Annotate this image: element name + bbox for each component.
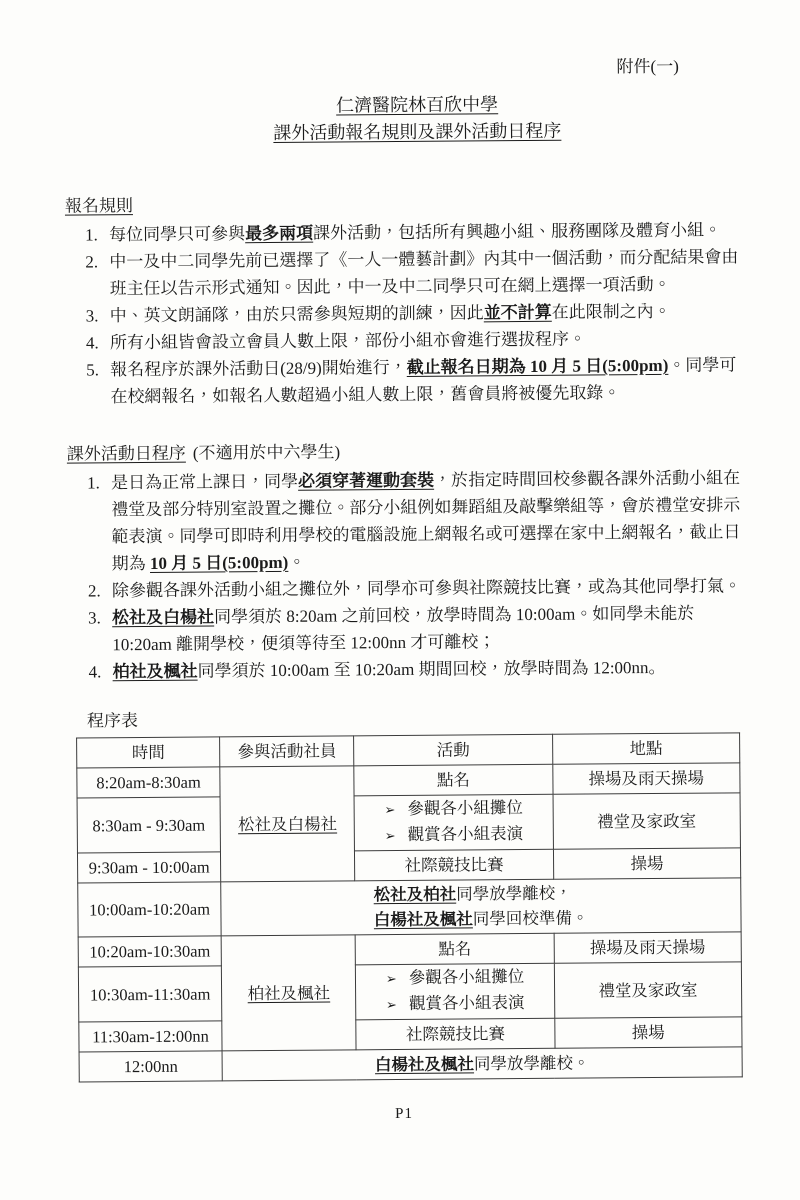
time-cell: 11:30am-12:00nn [79,1021,222,1052]
transition-note: 松社及柏社同學放學離校， 白楊社及楓社同學回校準備。 [374,881,589,933]
bullet-text: 觀賞各小組表演 [409,993,525,1013]
col-header-time: 時間 [77,737,220,768]
bullet-text: 參觀各小組攤位 [409,967,525,987]
page-number: P1 [4,1103,800,1126]
col-header-venue: 地點 [552,733,740,764]
table-row: 8:30am - 9:30am ➢參觀各小組攤位 ➢觀賞各小組表演 禮堂及家政室 [77,793,740,853]
rules-heading: 報名規則 [65,196,133,216]
item-number: 1. [85,221,109,248]
item-number: 1. [87,469,112,577]
item-text: 松社及白楊社同學須於 8:20am 之前回校，放學時間為 10:00am。如同學… [112,599,744,658]
item-text: 中一及中二同學先前已選擇了《一人一體藝計劃》內其中一個活動，而分配結果會由班主任… [109,243,741,302]
bullet-text: 觀賞各小組表演 [408,824,524,844]
activity-cell: 社際競技比賽 [355,849,554,881]
time-cell: 8:20am-8:30am [77,767,220,798]
schedule-table: 時間 參與活動社員 活動 地點 8:20am-8:30am 松社及白楊社 點名 … [76,732,743,1082]
participants-cell: 柏社及楓社 [221,935,356,1051]
activity-bullet-line: ➢觀賞各小組表演 [358,991,551,1019]
venue-cell: 操場 [553,848,741,879]
time-cell: 10:00am-10:20am [78,882,222,937]
activity-heading: 課外活動日程序 [67,444,186,464]
activity-list: 1. 是日為正常上課日，同學必須穿著運動套裝，於指定時間回校參觀各課外活動小組在… [87,464,745,685]
item-number: 4. [86,329,110,356]
title-block: 仁濟醫院林百欣中學 課外活動報名規則及課外活動日程序 [0,89,796,149]
arrowhead-bullet-icon: ➢ [384,803,395,818]
activity-heading-row: 課外活動日程序(不適用於中六學生) [67,435,743,467]
venue-cell: 禮堂及家政室 [554,962,742,1018]
table-row: 10:00am-10:20am 松社及柏社同學放學離校， 白楊社及楓社同學回校準… [78,878,741,937]
venue-cell: 禮堂及家政室 [553,793,741,849]
rules-heading-row: 報名規則 [65,187,741,219]
participants-cell: 松社及白楊社 [220,766,355,882]
item-number: 3. [86,302,110,329]
note-line: 白楊社及楓社同學回校準備。 [374,906,589,933]
bullet-text: 參觀各小組攤位 [407,798,523,818]
activity-bullet-line: ➢參觀各小組攤位 [358,965,551,993]
note-line: 松社及柏社同學放學離校， [374,881,589,908]
rules-section: 報名規則 1. 每位同學只可參與最多兩項課外活動，包括所有興趣小組、服務團隊及體… [65,187,743,410]
dismissal-note-cell: 白楊社及楓社同學放學離校。 [222,1047,742,1081]
activity-day-section: 課外活動日程序(不適用於中六學生) 1. 是日為正常上課日，同學必須穿著運動套裝… [67,435,748,1082]
activity-cell: 點名 [354,764,553,796]
col-header-participants: 參與活動社員 [220,736,354,767]
activity-heading-suffix: (不適用於中六學生) [193,442,340,462]
scanned-sheet: 附件(一) 仁濟醫院林百欣中學 課外活動報名規則及課外活動日程序 報名規則 1.… [0,0,800,1126]
activity-item-1: 1. 是日為正常上課日，同學必須穿著運動套裝，於指定時間回校參觀各課外活動小組在… [87,464,744,577]
col-header-activity: 活動 [354,734,553,766]
time-cell: 8:30am - 9:30am [77,797,221,853]
time-cell: 9:30am - 10:00am [77,852,220,883]
activity-cell: ➢參觀各小組攤位 ➢觀賞各小組表演 [354,794,553,851]
activity-item-3: 3. 松社及白楊社同學須於 8:20am 之前回校，放學時間為 10:00am。… [88,599,744,658]
item-text: 報名程序於課外活動日(28/9)開始進行，截止報名日期為 10 月 5 日(5:… [110,351,742,410]
time-cell: 12:00nn [79,1051,222,1082]
time-cell: 10:20am-10:30am [78,936,221,967]
document-page: 附件(一) 仁濟醫院林百欣中學 課外活動報名規則及課外活動日程序 報名規則 1.… [0,0,800,1200]
venue-cell: 操場 [554,1017,742,1048]
transition-note-cell: 松社及柏社同學放學離校， 白楊社及楓社同學回校準備。 [221,878,741,936]
activity-cell: 點名 [356,933,555,965]
arrowhead-bullet-icon: ➢ [385,829,396,844]
item-number: 4. [88,658,112,685]
schedule-label: 程序表 [87,702,745,734]
attachment-label: 附件(一) [0,0,796,83]
rules-item-2: 2. 中一及中二同學先前已選擇了《一人一體藝計劃》內其中一個活動，而分配結果會由… [85,243,741,302]
arrowhead-bullet-icon: ➢ [386,998,397,1013]
arrowhead-bullet-icon: ➢ [386,972,397,987]
activity-bullet-line: ➢參觀各小組攤位 [357,796,550,824]
doc-title: 課外活動報名規則及課外活動日程序 [38,116,796,149]
item-number: 3. [88,604,112,658]
rules-item-5: 5. 報名程序於課外活動日(28/9)開始進行，截止報名日期為 10 月 5 日… [86,351,742,410]
activity-cell: 社際競技比賽 [356,1018,555,1050]
activity-bullet-line: ➢觀賞各小組表演 [357,822,550,850]
item-text: 柏社及楓社同學須於 10:00am 至 10:20am 期間回校，放學時間為 1… [112,653,744,685]
venue-cell: 操場及雨天操場 [552,763,740,794]
table-row: 10:30am-11:30am ➢參觀各小組攤位 ➢觀賞各小組表演 禮堂及家政室 [78,962,741,1022]
time-cell: 10:30am-11:30am [78,966,222,1022]
item-number: 2. [85,248,109,302]
table-row: 12:00nn 白楊社及楓社同學放學離校。 [79,1047,742,1082]
venue-cell: 操場及雨天操場 [554,932,742,963]
activity-cell: ➢參觀各小組攤位 ➢觀賞各小組表演 [356,963,555,1020]
activity-item-4: 4. 柏社及楓社同學須於 10:00am 至 10:20am 期間回校，放學時間… [88,653,744,685]
item-number: 5. [86,356,110,410]
rules-list: 1. 每位同學只可參與最多兩項課外活動，包括所有興趣小組、服務團隊及體育小組。 … [85,216,742,410]
item-text: 是日為正常上課日，同學必須穿著運動套裝，於指定時間回校參觀各課外活動小組在禮堂及… [111,464,744,577]
item-number: 2. [88,577,112,604]
